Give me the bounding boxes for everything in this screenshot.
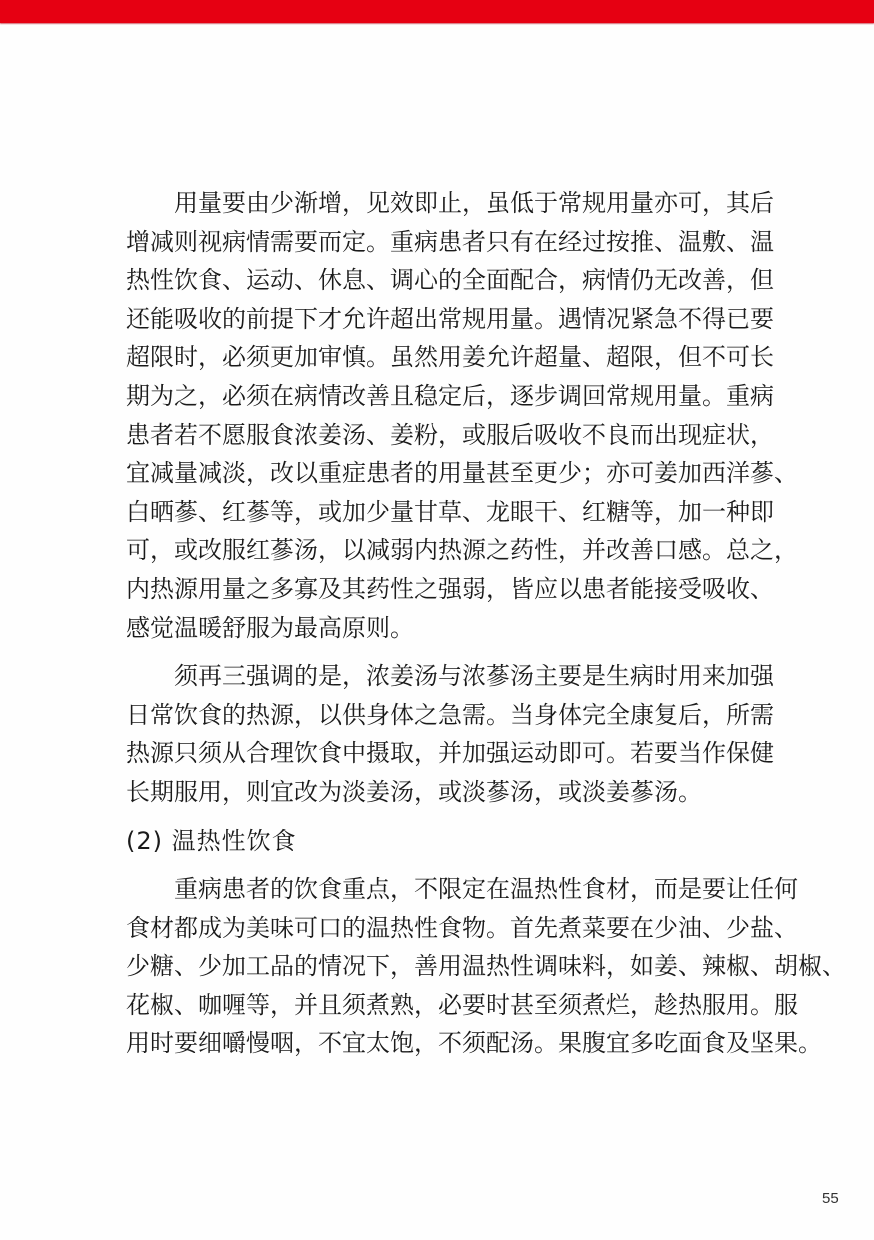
text-line: 用时要细嚼慢咽，不宜太饱，不须配汤。果腹宜多吃面食及坚果。 [126, 1024, 786, 1063]
text-line: 食材都成为美味可口的温热性食物。首先煮菜要在少油、少盐、 [126, 909, 786, 948]
text-line: 内热源用量之多寡及其药性之强弱，皆应以患者能接受吸收、 [126, 570, 786, 609]
paragraph-gap [126, 647, 786, 657]
text-line: 超限时，必须更加审慎。虽然用姜允许超量、超限，但不可长 [126, 338, 786, 377]
paragraph-diet: 重病患者的饮食重点，不限定在温热性食材，而是要让任何 食材都成为美味可口的温热性… [126, 870, 786, 1063]
paragraph-dosage: 用量要由少渐增，见效即止，虽低于常规用量亦可，其后 增减则视病情需要而定。重病患… [126, 184, 786, 647]
text-line: 重病患者的饮食重点，不限定在温热性食材，而是要让任何 [126, 870, 786, 909]
text-line: 日常饮食的热源，以供身体之急需。当身体完全康复后，所需 [126, 696, 786, 735]
text-line: 热源只须从合理饮食中摄取，并加强运动即可。若要当作保健 [126, 734, 786, 773]
text-line: 还能吸收的前提下才允许超出常规用量。遇情况紧急不得已要 [126, 300, 786, 339]
text-line: 增减则视病情需要而定。重病患者只有在经过按推、温敷、温 [126, 223, 786, 262]
text-line: 白晒蔘、红蔘等，或加少量甘草、龙眼干、红糖等，加一种即 [126, 493, 786, 532]
text-line: 期为之，必须在病情改善且稳定后，逐步调回常规用量。重病 [126, 377, 786, 416]
text-line: 可，或改服红蔘汤，以减弱内热源之药性，并改善口感。总之， [126, 531, 786, 570]
text-line: 少糖、少加工品的情况下，善用温热性调味料，如姜、辣椒、胡椒、 [126, 947, 786, 986]
text-line: 用量要由少渐增，见效即止，虽低于常规用量亦可，其后 [126, 184, 786, 223]
text-line: 患者若不愿服食浓姜汤、姜粉，或服后吸收不良而出现症状， [126, 416, 786, 455]
page-number: 55 [822, 1190, 839, 1207]
text-line: 长期服用，则宜改为淡姜汤，或淡蔘汤，或淡姜蔘汤。 [126, 773, 786, 812]
top-accent-bar [0, 0, 874, 23]
text-line: 宜减量减淡，改以重症患者的用量甚至更少；亦可姜加西洋蔘、 [126, 454, 786, 493]
text-line: 感觉温暖舒服为最高原则。 [126, 609, 786, 648]
section-heading: (2) 温热性饮食 [126, 822, 786, 861]
text-line: 须再三强调的是，浓姜汤与浓蔘汤主要是生病时用来加强 [126, 657, 786, 696]
paragraph-gap [126, 860, 786, 870]
paragraph-emphasis: 须再三强调的是，浓姜汤与浓蔘汤主要是生病时用来加强 日常饮食的热源，以供身体之急… [126, 657, 786, 811]
text-line: 花椒、咖喱等，并且须煮熟，必要时甚至须煮烂，趁热服用。服 [126, 986, 786, 1025]
page-body: 用量要由少渐增，见效即止，虽低于常规用量亦可，其后 增减则视病情需要而定。重病患… [126, 184, 786, 1063]
text-line: 热性饮食、运动、休息、调心的全面配合，病情仍无改善，但 [126, 261, 786, 300]
paragraph-gap [126, 812, 786, 822]
